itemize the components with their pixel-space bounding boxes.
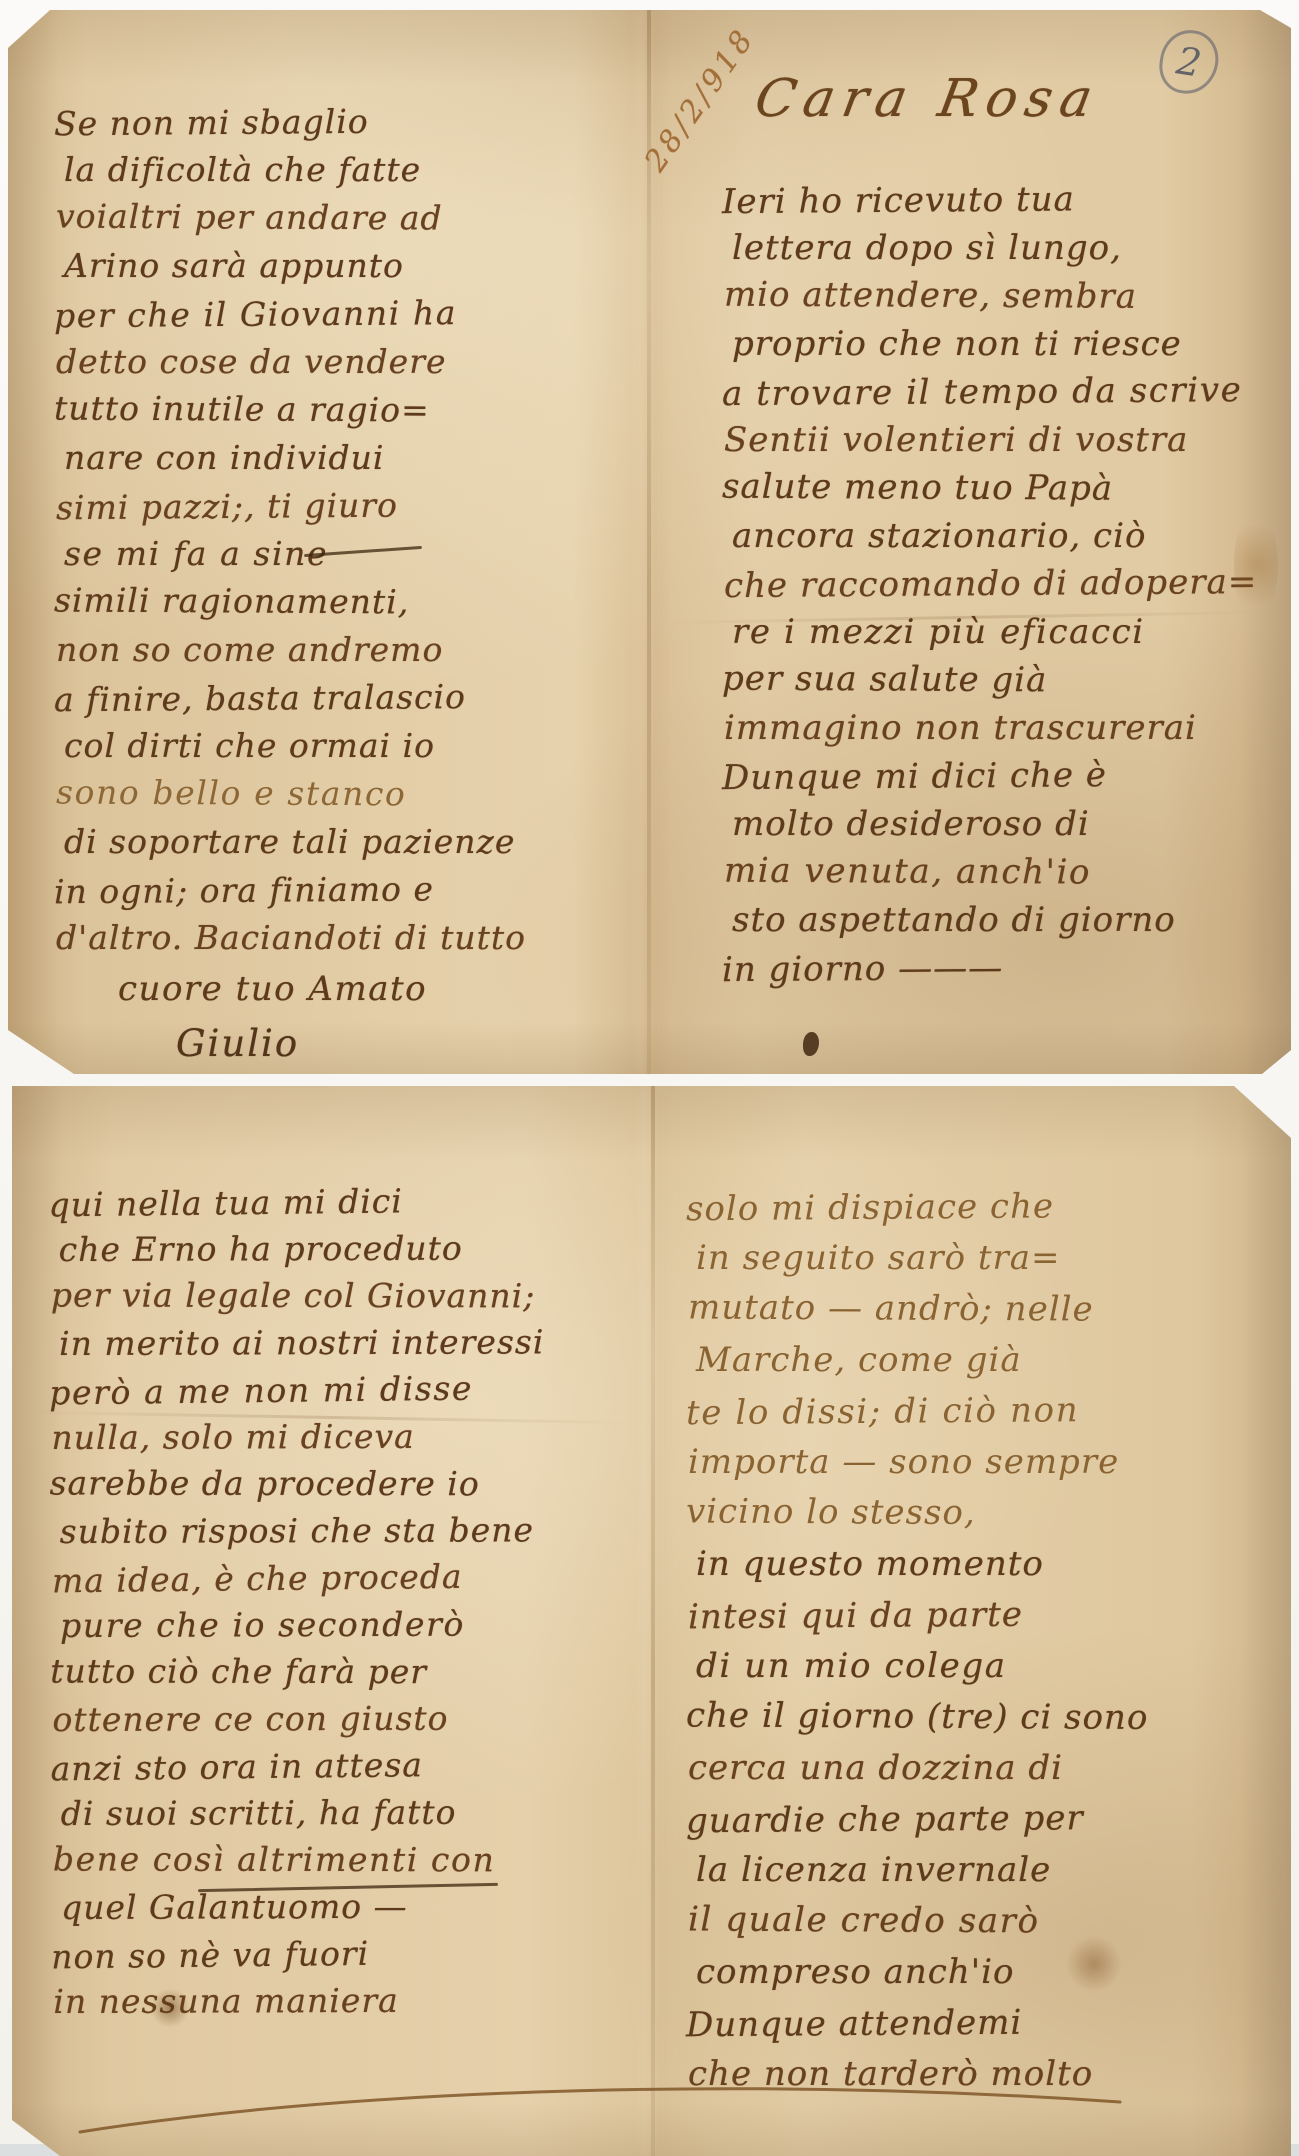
handwritten-line: voialtri per andare ad [56, 192, 634, 243]
handwritten-line: immagino non trascurerai [724, 704, 1270, 752]
handwritten-line: a finire, basta tralascio [54, 672, 634, 725]
handwritten-line: di suoi scritti, ha fatto [61, 1788, 651, 1837]
handwritten-line: mio attendere, sembra [724, 271, 1270, 322]
handwritten-line: tutto inutile a ragio= [54, 384, 634, 435]
handwritten-line: Sentii volentieri di vostra [724, 416, 1270, 464]
handwritten-line: importa — sono sempre [688, 1437, 1271, 1488]
handwritten-line: che Erno ha proceduto [59, 1224, 649, 1273]
handwritten-line: a trovare il tempo da scrive [722, 366, 1270, 418]
handwritten-line: simi pazzi;, ti giuro [56, 480, 634, 533]
handwritten-line: in merito ai nostri interessi [59, 1318, 649, 1367]
handwritten-line: se mi fa a sine [64, 530, 634, 578]
handwritten-text-block: Ieri ho ricevuto tualettera dopo sì lung… [722, 176, 1270, 992]
handwritten-line: salute meno tuo Papà [722, 463, 1270, 514]
handwritten-line: ma idea, è che proceda [52, 1551, 650, 1605]
handwritten-line: in giorno ——— [722, 942, 1270, 994]
handwritten-line: guardie che parte per [686, 1792, 1271, 1848]
handwritten-line: bene così altrimenti con [53, 1835, 651, 1883]
handwritten-line: detto cose da vendere [56, 338, 634, 386]
handwritten-line: col dirti che ormai io [64, 722, 634, 770]
handwritten-line: in seguito sarò tra= [696, 1233, 1271, 1284]
handwritten-line: pure che io seconderò [60, 1600, 650, 1649]
handwritten-text-block: Se non mi sbagliola dificoltà che fattev… [54, 98, 634, 962]
handwritten-line: sto aspettando di giorno [732, 896, 1270, 944]
handwritten-line: nulla, solo mi diceva [51, 1412, 649, 1461]
handwritten-line: qui nella tua mi dici [48, 1175, 648, 1229]
handwritten-line: la dificoltà che fatte [64, 146, 634, 194]
handwritten-line: Arino sarà appunto [64, 242, 634, 290]
handwritten-line: per sua salute già [722, 655, 1270, 706]
handwritten-line: te lo dissi; di ciò non [686, 1384, 1271, 1440]
handwritten-text-block: solo mi dispiace chein seguito sarò tra=… [686, 1182, 1271, 2100]
center-fold-crease [647, 10, 651, 1074]
letter-sheet-bottom: qui nella tua mi diciche Erno ha procedu… [12, 1086, 1291, 2156]
handwritten-line: re i mezzi più eficacci [732, 608, 1270, 656]
handwritten-line: simili ragionamenti, [54, 576, 634, 627]
letter-scan: 28/2/918 2 Se non mi sbagliola dificoltà… [0, 0, 1299, 2156]
center-fold-crease [651, 1086, 655, 2156]
handwritten-line: per via legale col Giovanni; [51, 1271, 649, 1319]
handwritten-line: il quale credo sarò [688, 1894, 1271, 1948]
letter-sheet-top: 28/2/918 2 Se non mi sbagliola dificoltà… [8, 10, 1291, 1074]
handwritten-line: ancora stazionario, ciò [732, 512, 1270, 560]
handwritten-line: solo mi dispiace che [686, 1180, 1271, 1236]
handwritten-line: subito risposi che sta bene [60, 1506, 650, 1555]
handwritten-text-block: qui nella tua mi diciche Erno ha procedu… [49, 1177, 652, 2025]
closing-line: cuore tuo Amato [118, 966, 634, 1012]
handwritten-line: proprio che non ti riesce [732, 320, 1270, 368]
handwritten-line: in questo momento [696, 1539, 1271, 1590]
handwritten-line: che il giorno (tre) ci sono [686, 1690, 1271, 1744]
salutation: Cara Rosa [750, 66, 1276, 132]
handwritten-line: quel Galantuomo — [61, 1882, 651, 1931]
handwritten-line: nare con individui [64, 434, 634, 482]
signature: Giulio [176, 1020, 634, 1068]
handwritten-line: non so come andremo [56, 626, 634, 674]
handwritten-line: d'altro. Baciandoti di tutto [56, 914, 634, 962]
handwritten-line: ottenere ce con giusto [52, 1694, 650, 1743]
handwritten-line: sarebbe da procedere io [50, 1459, 650, 1507]
handwritten-line: mia venuta, anch'io [724, 847, 1270, 898]
handwritten-line: però a me non mi disse [49, 1363, 649, 1417]
page-top-right: Cara Rosa Ieri ho ricevuto tualettera do… [722, 66, 1270, 992]
handwritten-line: mutato — andrò; nelle [688, 1282, 1271, 1336]
page-top-left: Se non mi sbagliola dificoltà che fattev… [54, 98, 634, 1068]
handwritten-line: intesi qui da parte [688, 1588, 1271, 1644]
handwritten-line: compreso anch'io [696, 1947, 1271, 1998]
page-bottom-left: qui nella tua mi diciche Erno ha procedu… [49, 1177, 652, 2025]
handwritten-line: vicino lo stesso, [686, 1486, 1271, 1540]
handwritten-line: in ogni; ora finiamo e [54, 864, 634, 917]
handwritten-line: Ieri ho ricevuto tua [722, 174, 1270, 226]
flourish-line [72, 2074, 1132, 2144]
handwritten-line: di un mio colega [696, 1641, 1271, 1692]
handwritten-line: che raccomando di adopera= [724, 558, 1270, 610]
handwritten-line: cerca una dozzina di [688, 1743, 1271, 1794]
handwritten-line: tutto ciò che farà per [50, 1647, 650, 1695]
handwritten-line: sono bello e stanco [56, 768, 634, 819]
handwritten-line: Se non mi sbaglio [54, 96, 634, 149]
handwritten-line: molto desideroso di [732, 800, 1270, 848]
handwritten-line: Marche, come già [696, 1335, 1271, 1386]
handwritten-line: lettera dopo sì lungo, [732, 224, 1270, 272]
handwritten-line: anzi sto ora in attesa [50, 1739, 650, 1793]
ink-blot [803, 1032, 819, 1056]
handwritten-line: in nessuna maniera [53, 1976, 651, 2025]
handwritten-line: Dunque mi dici che è [722, 750, 1270, 802]
page-bottom-right: solo mi dispiace chein seguito sarò tra=… [686, 1182, 1271, 2100]
handwritten-line: Dunque attendemi [686, 1996, 1271, 2052]
handwritten-line: non so nè va fuori [51, 1927, 651, 1981]
handwritten-line: per che il Giovanni ha [54, 288, 634, 341]
handwritten-line: la licenza invernale [696, 1845, 1271, 1896]
handwritten-line: di soportare tali pazienze [64, 818, 634, 866]
